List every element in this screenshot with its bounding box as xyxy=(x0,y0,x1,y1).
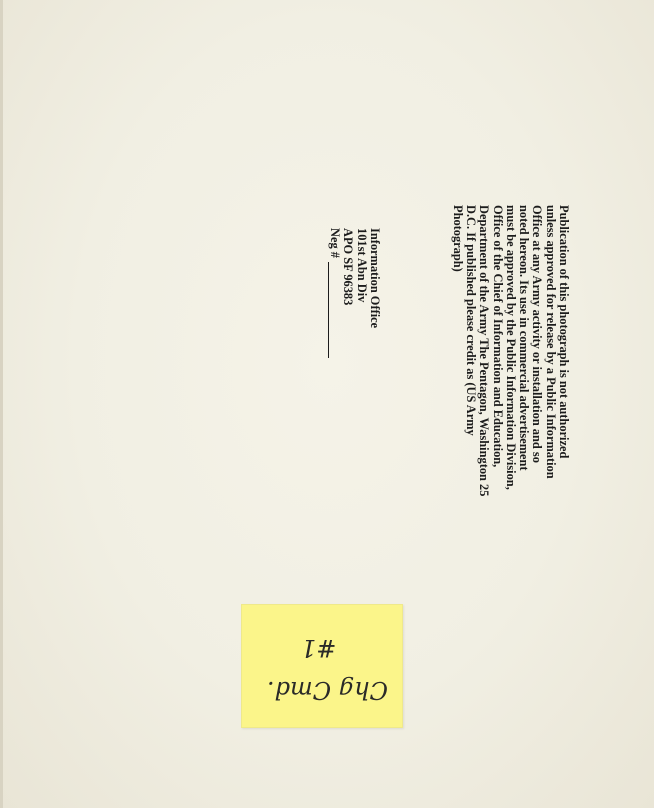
release-notice-line: Office at any Army activity or installat… xyxy=(530,205,543,496)
release-notice-stamp: Publication of this photograph is not au… xyxy=(450,205,570,496)
release-notice-line: Office of the Chief of Information and E… xyxy=(490,205,503,496)
release-notice-line: D.C. If published please credit as (US A… xyxy=(464,205,477,496)
sticky-note: Chg Cmd. #1 xyxy=(241,604,403,728)
neg-blank-line xyxy=(328,262,329,358)
release-notice-line: unless approved for release by a Public … xyxy=(543,205,556,496)
sticky-note-line: #1 xyxy=(301,634,336,662)
neg-label: Neg # xyxy=(328,228,342,258)
release-notice-line: noted hereon. Its use in commercial adve… xyxy=(517,205,530,496)
office-stamp: Information Office 101st Abn Div APO SF … xyxy=(328,228,381,358)
sticky-note-line: Chg Cmd. xyxy=(267,676,388,704)
neg-number-field: Neg # xyxy=(328,228,341,358)
release-notice-line: Publication of this photograph is not au… xyxy=(557,205,570,496)
office-line: 101st Abn Div xyxy=(354,228,367,358)
office-line: Information Office xyxy=(368,228,381,358)
release-notice-line: Photograph) xyxy=(450,205,463,496)
release-notice-line: Department of the Army The Pentagon, Was… xyxy=(477,205,490,496)
document-page: Publication of this photograph is not au… xyxy=(0,0,654,808)
release-notice-line: must be approved by the Public Informati… xyxy=(504,205,517,496)
office-line: APO SF 96383 xyxy=(341,228,354,358)
